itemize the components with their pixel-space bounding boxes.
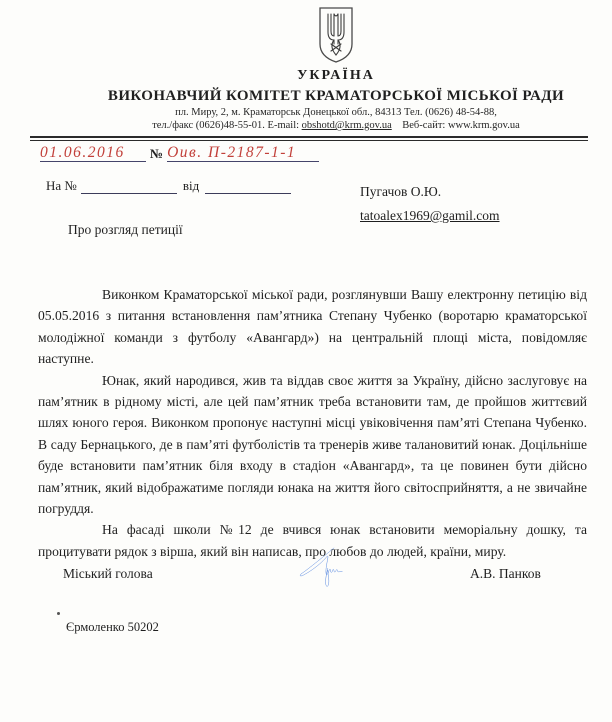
signer-title: Міський голова: [63, 566, 153, 582]
org-address-line1: пл. Миру, 2, м. Краматорськ Донецької об…: [60, 107, 612, 118]
org-address-line2: тел./факс (0626)48-55-01. E-mail: obshot…: [60, 120, 612, 131]
recipient-name: Пугачов О.Ю.: [360, 180, 500, 204]
handwritten-number: Оив. П-2187-1-1: [167, 144, 296, 161]
reply-date-blank: [205, 176, 291, 194]
reply-number-blank: [81, 176, 177, 194]
reference-line: 01.06.2016№Оив. П-2187-1-1: [40, 144, 319, 162]
ukraine-trident-emblem-icon: [316, 6, 356, 64]
body-paragraph-2: Юнак, який народився, жив та віддав своє…: [38, 370, 587, 520]
org-name: ВИКОНАВЧИЙ КОМІТЕТ КРАМАТОРСЬКОЇ МІСЬКОЇ…: [60, 88, 612, 105]
date-blank: 01.06.2016: [40, 144, 146, 162]
handwritten-date: 01.06.2016: [40, 144, 125, 161]
number-blank: Оив. П-2187-1-1: [167, 144, 319, 162]
body-paragraph-1: Виконком Краматорської міської ради, роз…: [38, 284, 587, 370]
number-sign: №: [150, 146, 163, 161]
signer-name: А.В. Панков: [470, 566, 541, 582]
scanned-letter-page: УКРАЇНА ВИКОНАВЧИЙ КОМІТЕТ КРАМАТОРСЬКОЇ…: [0, 0, 612, 722]
recipient-email: tatoalex1969@gamil.com: [360, 204, 500, 228]
country-title: УКРАЇНА: [60, 68, 612, 84]
address-line2-prefix: тел./факс (0626)48-55-01. E-mail:: [152, 120, 301, 131]
letter-body: Виконком Краматорської міської ради, роз…: [38, 284, 587, 562]
reply-reference-line: На №від: [46, 176, 291, 194]
recipient-block: Пугачов О.Ю. tatoalex1969@gamil.com: [360, 180, 500, 228]
subject-line: Про розгляд петиції: [68, 222, 183, 238]
letterhead-divider: [30, 136, 588, 141]
reply-label: На №: [46, 178, 77, 193]
org-website: Веб-сайт: www.krm.gov.ua: [402, 120, 520, 131]
reply-from-label: від: [183, 178, 199, 193]
letterhead: УКРАЇНА ВИКОНАВЧИЙ КОМІТЕТ КРАМАТОРСЬКОЇ…: [60, 6, 612, 131]
address-spacer: [392, 120, 403, 131]
executor-note: Єрмоленко 50202: [66, 620, 159, 635]
org-email: obshotd@krm.gov.ua: [302, 120, 392, 131]
handwritten-signature: [220, 545, 420, 722]
scan-speck: [57, 612, 60, 615]
